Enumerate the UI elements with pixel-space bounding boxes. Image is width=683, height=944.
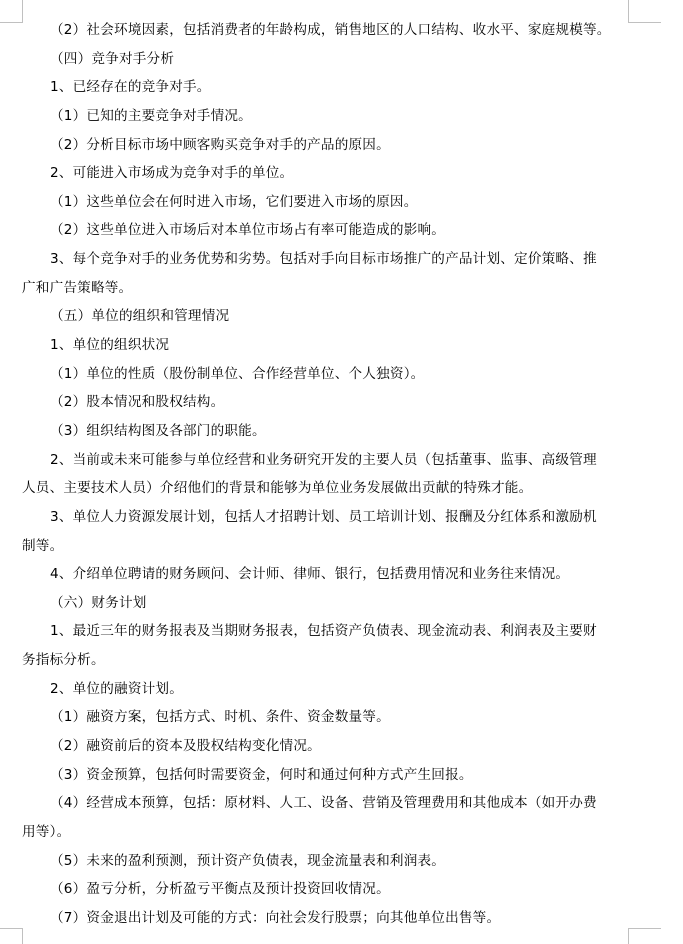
paragraph: （7）资金退出计划及可能的方式：向社会发行股票；向其他单位出售等。 xyxy=(22,904,638,933)
paragraph: （2）融资前后的资本及股权结构变化情况。 xyxy=(22,732,638,761)
paragraph: （1）单位的性质（股份制单位、合作经营单位、个人独资）。 xyxy=(22,360,638,389)
section-heading: （六）财务计划 xyxy=(22,589,638,618)
paragraph-line: 务指标分析。 xyxy=(22,646,638,675)
paragraph: （2）这些单位进入市场后对本单位市场占有率可能造成的影响。 xyxy=(22,216,638,245)
paragraph: 4、介绍单位聘请的财务顾问、会计师、律师、银行，包括费用情况和业务往来情况。 xyxy=(22,560,638,589)
paragraph-line: 1、最近三年的财务报表及当期财务报表，包括资产负债表、现金流动表、利润表及主要财 xyxy=(22,617,638,646)
paragraph: （1）融资方案，包括方式、时机、条件、资金数量等。 xyxy=(22,703,638,732)
paragraph: （6）盈亏分析，分析盈亏平衡点及预计投资回收情况。 xyxy=(22,875,638,904)
paragraph: 1、单位的组织状况 xyxy=(22,331,638,360)
paragraph: （3）资金预算，包括何时需要资金，何时和通过何种方式产生回报。 xyxy=(22,761,638,790)
paragraph: 2、可能进入市场成为竞争对手的单位。 xyxy=(22,159,638,188)
paragraph-line: 2、当前或未来可能参与单位经营和业务研究开发的主要人员（包括董事、监事、高级管理 xyxy=(22,446,638,475)
paragraph-line: 广和广告策略等。 xyxy=(22,274,638,303)
paragraph: （2）社会环境因素，包括消费者的年龄构成，销售地区的人口结构、收水平、家庭规模等… xyxy=(22,16,638,45)
paragraph: （2）分析目标市场中顾客购买竞争对手的产品的原因。 xyxy=(22,131,638,160)
paragraph-line: 用等）。 xyxy=(22,818,638,847)
paragraph: （3）组织结构图及各部门的职能。 xyxy=(22,417,638,446)
paragraph: （1）已知的主要竞争对手情况。 xyxy=(22,102,638,131)
paragraph: 2、单位的融资计划。 xyxy=(22,675,638,704)
document-page: （2）社会环境因素，包括消费者的年龄构成，销售地区的人口结构、收水平、家庭规模等… xyxy=(22,16,638,933)
paragraph-line: （4）经营成本预算，包括：原材料、人工、设备、营销及管理费用和其他成本（如开办费 xyxy=(22,789,638,818)
paragraph-line: 3、单位人力资源发展计划，包括人才招聘计划、员工培训计划、报酬及分红体系和激励机 xyxy=(22,503,638,532)
page-corner-mark-bottom-left xyxy=(0,928,23,944)
paragraph-line: 制等。 xyxy=(22,532,638,561)
section-heading: （五）单位的组织和管理情况 xyxy=(22,302,638,331)
section-heading: （四）竞争对手分析 xyxy=(22,45,638,74)
paragraph-line: 人员、主要技术人员）介绍他们的背景和能够为单位业务发展做出贡献的特殊才能。 xyxy=(22,474,638,503)
paragraph-line: 3、每个竞争对手的业务优势和劣势。包括对手向目标市场推广的产品计划、定价策略、推 xyxy=(22,245,638,274)
paragraph: 1、已经存在的竞争对手。 xyxy=(22,73,638,102)
page-corner-mark-top-left xyxy=(0,0,23,23)
paragraph: （1）这些单位会在何时进入市场，它们要进入市场的原因。 xyxy=(22,188,638,217)
paragraph: （5）未来的盈利预测，预计资产负债表，现金流量表和利润表。 xyxy=(22,847,638,876)
paragraph: （2）股本情况和股权结构。 xyxy=(22,388,638,417)
